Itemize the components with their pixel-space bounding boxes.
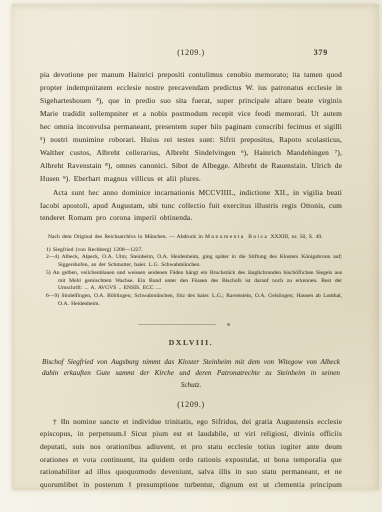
footnote-6-9: 6—9) Sindelfingen, O.A. Böblingen; Schwa… <box>46 293 342 309</box>
footnote-text: An gelben, veilchenblauen und weissen se… <box>53 270 342 292</box>
footnote-marker: 2—4) <box>46 254 59 260</box>
charter-continuation-text: pia devotione per manum Hainrici preposi… <box>40 68 342 185</box>
footnote-text: Sindelfingen, O.A. Böblingen; Schwabmünc… <box>58 293 342 307</box>
charter-text: † ‖In nomine sancte et individue trinita… <box>40 416 342 490</box>
footnote-2-4: 2—4) Albeck, Alpeck, O.A. Ulm; Steinheim… <box>46 254 342 270</box>
charter-regest: Bischof Siegfried von Augsburg nimmt das… <box>42 357 340 392</box>
footnote-text: Albeck, Alpeck, O.A. Ulm; Steinheim, O.A… <box>58 254 342 268</box>
source-note-suffix: XXXIII, nr. 50, S. 49. <box>268 234 322 240</box>
charter-date: (1209.) <box>40 400 342 409</box>
footnote-marker: 6—9) <box>46 293 59 299</box>
page-header: (1209.) 379 <box>40 48 342 59</box>
source-note-prefix: Nach dem Original des Reichsarchivs in M… <box>48 234 205 240</box>
footnotes-block: 1) Siegfried (von Rechberg) 1208—1227. 2… <box>40 247 342 309</box>
footnote-text: Siegfried (von Rechberg) 1208—1227. <box>53 247 143 253</box>
dating-clause: Acta sunt hec anno dominice incarnationi… <box>40 187 342 225</box>
footnote-marker: 5) <box>46 270 51 276</box>
page-paper: (1209.) 379 pia devotione per manum Hain… <box>12 4 379 490</box>
footnote-5: 5) An gelben, veilchenblauen und weissen… <box>46 270 342 293</box>
source-note: Nach dem Original des Reichsarchivs in M… <box>48 233 342 241</box>
ink-speck <box>227 323 230 326</box>
source-note-series: Monumenta Boica <box>205 234 268 240</box>
header-date: (1209.) <box>40 48 342 57</box>
page-number: 379 <box>314 48 328 57</box>
scanned-book-page: (1209.) 379 pia devotione per manum Hain… <box>0 0 382 512</box>
divider-rule <box>138 324 216 325</box>
footnote-marker: 1) <box>46 247 51 253</box>
charter-number-heading: DXLVIII. <box>40 338 342 347</box>
section-divider <box>40 322 342 326</box>
